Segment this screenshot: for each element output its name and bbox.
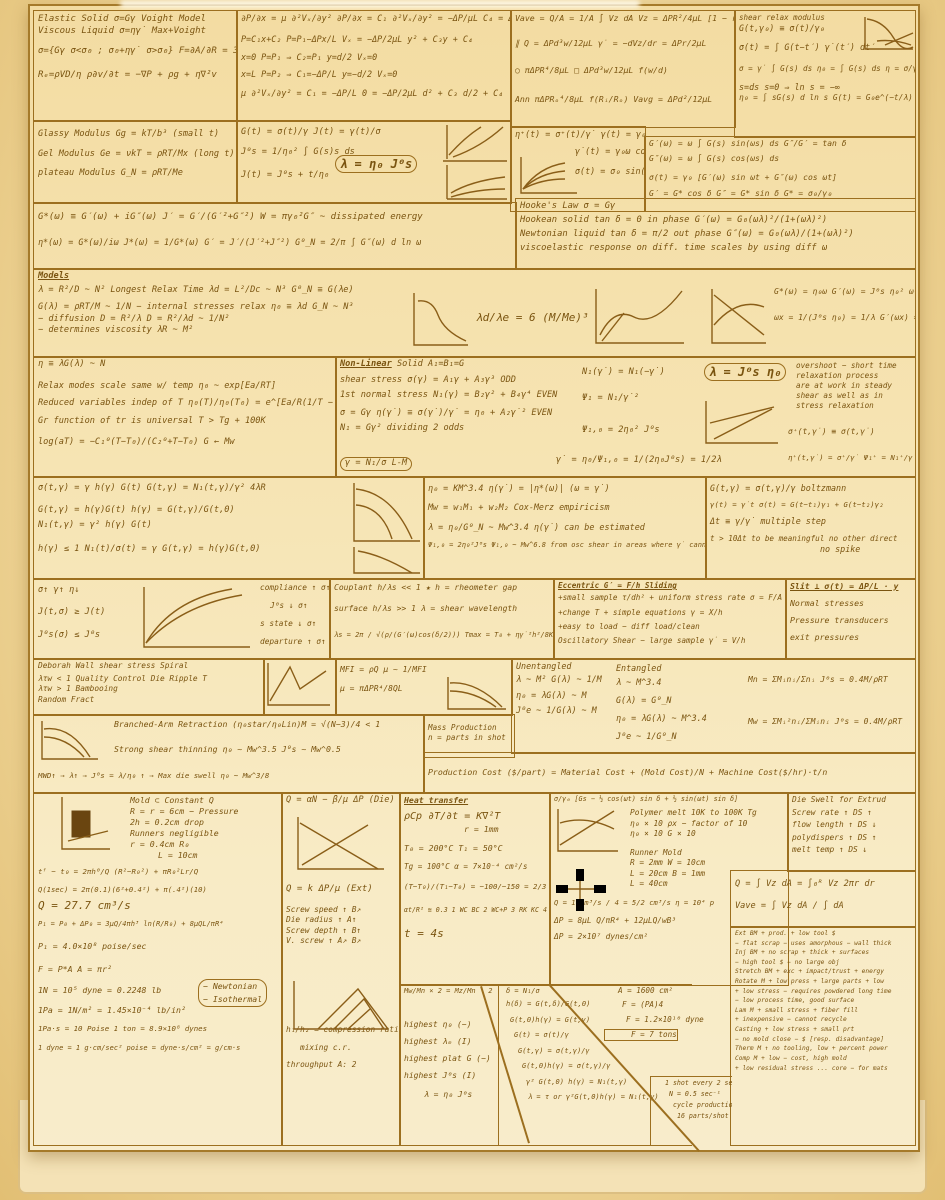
text-line: Newtonian liquid tan δ = π/2 out phase G… xyxy=(520,229,911,241)
text-line: J⁰e ~ 1/G(λ) ~ M xyxy=(516,705,911,716)
text-line: γ(t) = γ̇t σ(t) = G(t−t₁)γ₁ + G(t−t₂)γ₂ xyxy=(710,500,911,510)
compliance-sketch xyxy=(142,585,252,651)
text-line: N = 0.5 sec⁻¹ xyxy=(655,1090,728,1099)
text-line: Hooke's Law σ = Gγ xyxy=(520,201,911,213)
section-title: Models xyxy=(38,271,69,281)
text-line: Entangled xyxy=(616,663,661,674)
text-line: Mass Production xyxy=(428,723,510,733)
text-line: − Isothermal xyxy=(203,993,262,1006)
section-nonlinear-compliance: σ↑ γ↑ η↓ J(t,σ) ≥ J(t) J⁰s(σ) ≤ J⁰s comp… xyxy=(33,578,331,660)
text-line: η₀ = ∫ sG(s) d ln s G(t) = G₀e^(−t/λ) xyxy=(739,93,911,104)
text-line: Normal stresses xyxy=(790,598,911,609)
text-line: Mn = ΣMᵢnᵢ/Σnᵢ J⁰s = 0.4M/ρRT xyxy=(748,675,888,686)
text-line: Unentangled xyxy=(516,661,911,672)
text-line: viscoelastic response on diff. time scal… xyxy=(520,243,911,255)
log-shear-sketch xyxy=(556,807,620,857)
text-line: + low stress − requires powdered long ti… xyxy=(735,987,911,997)
text-line: σ/γ₀ [Gs − ½ cos(ωt) sin δ + ½ sin(ωt) s… xyxy=(554,795,784,804)
text-line: λ = η₀/G⁰_N ~ Mw^3.4 η(γ̇) can be estima… xyxy=(428,522,702,533)
text-line: Δt ≡ γ/γ̇ multiple step xyxy=(710,516,911,527)
text-line: γ̇ = η₀/Ψ₁,₀ = 1/(2η₀J⁰s) = 1/2λ xyxy=(556,455,722,467)
text-line: V. screw ↑ A↗ B↗ xyxy=(286,936,396,947)
section-slit-rheometer: Slit ⊥ σ(t) = ΔP/L · y Normal stresses P… xyxy=(785,578,916,660)
operating-point-sketch xyxy=(288,815,388,875)
text-line: throughput A: 2 xyxy=(286,1060,396,1071)
text-line: ○ πΔPR⁴/8μL □ ΔPd³w/12μL f(w/d) xyxy=(515,65,731,76)
text-line: − determines viscosity λR ~ M² xyxy=(38,325,911,337)
section-hookean-newtonian: Hooke's Law σ = Gγ Hookean solid tan δ =… xyxy=(515,198,916,270)
boxed-equation-lambda-j: λ = J⁰s η₀ xyxy=(704,363,786,381)
text-line: Inj BM + no scrap + thick + surfaces xyxy=(735,948,911,958)
text-line: η₀ = λG(λ) ~ M xyxy=(516,690,911,701)
text-line: Oscillatory Shear − large sample γ̇ = V/… xyxy=(558,636,782,646)
text-line: r = 1mm xyxy=(404,824,546,835)
text-line: λτw < 1 Quality Control Die Ripple T xyxy=(38,674,260,685)
text-line: Ψ₁,₀ = 2η₀² J⁰s xyxy=(582,425,660,437)
text-line: η⁺(t) = σ⁺(t)/γ̇ γ(t) = γ₀ sin(ωt) xyxy=(515,129,641,140)
section-reptation-models: Models λ = R²/D ~ N² Longest Relax Time … xyxy=(33,268,916,358)
text-line: t > 10Δt to be meaningful no other direc… xyxy=(710,534,911,544)
text-line: P₁ = 4.0×10⁸ poise/sec xyxy=(38,941,278,952)
section-complex-modulus: G*(ω) ≡ G′(ω) + iG″(ω) J′ = G′/(G′²+G″²)… xyxy=(33,202,517,270)
boxed-equation-lambda: λ = η₀ J⁰s xyxy=(335,155,417,173)
section-entanglement: Unentangled λ ~ M² G(λ) ~ 1/M η₀ = λG(λ)… xyxy=(511,658,916,754)
text-line: +change T + simple equations γ = X/h xyxy=(558,608,782,618)
crossover-sketch xyxy=(710,287,768,347)
text-line: − low process time, good surface xyxy=(735,996,911,1006)
section-extruder-operating: Q = αN − β/μ ΔP (Die) Q = k ΔP/μ (Ext) S… xyxy=(281,792,401,1146)
runner-layout-sketch xyxy=(554,867,614,913)
text-line: Screw speed ↑ B↗ xyxy=(286,905,396,916)
text-line: G(t,γ) = σ(t,γ)/γ boltzmann xyxy=(710,483,911,494)
text-line: Tg = 100°C α = 7×10⁻⁴ cm²/s xyxy=(404,862,546,872)
text-line: − Newtonian xyxy=(203,980,262,993)
text-line: G′(ω) = ω ∫ G(s) sin(ωs) ds G″/G′ = tan … xyxy=(649,139,911,150)
text-line: surface h/λs >> 1 λ = shear wavelength xyxy=(334,604,550,615)
text-line: F = 7 tons xyxy=(604,1029,678,1041)
text-line: n = parts in shot xyxy=(428,733,510,743)
text-line: exit pressures xyxy=(790,632,911,643)
text-line: tᶠ − t₀ = 2πh⁰/Q (R²−R₀²) + πR₀²Lr/Q xyxy=(38,867,278,877)
text-line: x=0 P=P₁ ⇒ C₂=P₁ y=d/2 Vₓ=0 xyxy=(241,52,507,63)
text-line: η⁺(t,γ̇) = σ⁺/γ̇ Ψ₁⁺ = N₁⁺/γ̇² xyxy=(788,453,916,463)
text-line: polydispers ↑ DS ↑ xyxy=(792,833,911,844)
text-line: J⁰s ↓ σ↑ xyxy=(270,601,308,612)
text-line: P₁ = P₀ + ΔP₀ = 3μQ/4πh³ ln(R/R₀) + 8μQL… xyxy=(38,920,278,929)
text-line: η ≡ λG(λ) ~ N xyxy=(38,359,332,371)
section-zero-shear-viscosity: η₀ = KM^3.4 η(γ̇) = |η*(ω)| (ω = γ̇) Mw … xyxy=(423,476,707,580)
text-line: Ψ₁,₀ = 2η₀²J⁰s Ψ₁,₀ ~ Mw^6.8 from osc sh… xyxy=(428,541,702,550)
section-title: Heat transfer xyxy=(404,795,546,806)
section-melt-flow-index: MFI = ρQ μ ~ 1/MFI μ = πΔPR⁴/8QL xyxy=(335,658,513,716)
text-line: Hookean solid tan δ = 0 in phase G′(ω) =… xyxy=(520,215,911,227)
pvt-window-sketch xyxy=(38,795,112,855)
text-line: Random Fract xyxy=(38,695,260,706)
text-line: melt temp ↑ DS ↓ xyxy=(792,845,911,856)
text-line: + low residual stress ... core − for mat… xyxy=(735,1064,911,1074)
text-line: T₀ = 200°C T₁ = 50°C xyxy=(404,843,546,854)
text-line: F = (PA)4 xyxy=(604,1000,728,1010)
reptation-ratio: λd/λe = 6 (M/Me)³ xyxy=(476,311,589,326)
section-production-cost: Production Cost ($/part) = Material Cost… xyxy=(423,752,916,794)
text-line: η₀ = KM^3.4 η(γ̇) = |η*(ω)| (ω = γ̇) xyxy=(428,483,702,494)
section-injection-mold-calc: Mold ⊂ Constant Q R = r = 6cm − Pressure… xyxy=(33,792,283,1146)
section-pressure-flow: ∂P/∂x = μ ∂²Vₓ/∂y² ∂P/∂x = C₁ ∂²Vₓ/∂y² =… xyxy=(236,10,512,122)
text-line: departure ↑ σ↑ xyxy=(260,637,326,648)
text-line: cycle production xyxy=(655,1101,728,1110)
text-line: ωx = 1/(J⁰s η₀) = 1/λ G′(ωx) = 1/J⁰s xyxy=(774,313,916,324)
section-melt-fracture-sketch xyxy=(263,658,337,716)
section-molding-processes: Ext BM + prod. + low tool $ − flat scrap… xyxy=(730,926,916,1146)
stick-slip-sketch xyxy=(266,661,332,711)
text-line: Deborah Wall shear stress Spiral xyxy=(38,661,260,672)
text-line: Lam M + small stress + fiber fill xyxy=(735,1006,911,1016)
text-line: Relax modes scale same w/ temp η₀ ~ exp[… xyxy=(38,381,332,393)
text-line: Solid A₁=B₁=G xyxy=(397,359,464,369)
text-line: shear as well as in xyxy=(796,391,883,401)
text-line: G(λ) = G⁰_N xyxy=(616,695,671,706)
text-line: relaxation process xyxy=(796,371,878,381)
text-line: Rotate M + low press + large parts + low xyxy=(735,977,911,987)
text-line: − high tool $ − no large obj xyxy=(735,958,911,968)
section-heat-transfer: Heat transfer ρCp ∂T/∂t = K∇²T r = 1mm T… xyxy=(399,792,551,986)
text-line: Couplant h/λs << 1 ★ h = rheometer gap xyxy=(334,583,550,594)
section-boltzmann-superposition: G(t,γ) = σ(t,γ)/γ boltzmann γ(t) = γ̇t σ… xyxy=(705,476,916,580)
text-line: Q = ∫ Vz dA = ∫₀ᴿ Vz 2πr dr xyxy=(735,879,911,891)
text-line: F = 1.2×10¹⁰ dyne xyxy=(604,1015,728,1025)
relax-modulus-sketch xyxy=(863,15,915,53)
text-line: plateau Modulus G_N = ρRT/Me xyxy=(38,168,233,180)
section-branched-polymers: Branched-Arm Retraction (η₀star/η₀Lin)M … xyxy=(33,714,425,794)
text-line: t = 4s xyxy=(404,927,546,942)
text-line: Vave = Q/A = 1/A ∫ Vz dA Vz = ΔPR²/4μL [… xyxy=(515,13,731,24)
section-constitutive-models: Elastic Solid σ=Gγ Voight Model Viscous … xyxy=(33,10,238,122)
section-title: Eccentric G′ = F/h Sliding xyxy=(558,581,782,591)
text-line: Elastic Solid σ=Gγ Voight Model xyxy=(38,13,233,25)
text-line: σ⁺(t,γ̇) ≡ σ(t,γ̇) xyxy=(788,427,875,438)
text-line: Mw = ΣMᵢ²nᵢ/ΣMᵢnᵢ J⁰s = 0.4M/ρRT xyxy=(748,717,902,728)
section-non-linear: Non-Linear Solid A₁=B₁=G shear stress σ(… xyxy=(335,356,916,478)
damping-h-sketch xyxy=(352,481,422,577)
text-line: log(aT) = −C₁⁰(T−T₀)/(C₂⁰+T−T₀) G ← Mw xyxy=(38,437,332,449)
text-line: G*(ω) = η₀ω G′(ω) = J⁰s η₀² ω² xyxy=(774,287,916,298)
section-title: Die Swell for Extrud xyxy=(792,795,911,806)
section-shot-cycle: 1 shot every 2 sec N = 0.5 sec⁻¹ cycle p… xyxy=(650,1076,732,1146)
text-line: Casting + low stress + small prt xyxy=(735,1025,911,1035)
text-line: 1Pa·s = 10 Poise 1 ton = 8.9×10⁸ dynes xyxy=(38,1024,278,1034)
text-line: Reduced variables indep of T η₀(T)/η₀(T₀… xyxy=(38,398,332,410)
text-line: 1 dyne = 1 g·cm/sec² poise = dyne·s/cm² … xyxy=(38,1044,278,1053)
text-line: MWD↑ ⇒ λ↑ ⇒ J⁰s = λ/η₀ ↑ ⇒ Max die swell… xyxy=(38,771,420,781)
text-line: σ(t) = γ₀ [G′(ω) sin ωt + G″(ω) cos ωt] xyxy=(649,173,911,184)
text-line: ∂P/∂x = μ ∂²Vₓ/∂y² ∂P/∂x = C₁ ∂²Vₓ/∂y² =… xyxy=(241,13,507,24)
text-line: λ ~ M^3.4 xyxy=(616,677,661,688)
boxed-assumptions: − Newtonian − Isothermal xyxy=(198,979,267,1007)
text-line: ∥ Q = ΔPd³w/12μL γ̇ = −dVz/dr = ΔPr/2μL xyxy=(515,38,731,49)
section-molecular-weight-effects: Mw/Mn × 2 = Mz/Mn · 2 highest η₀ (−) hig… xyxy=(399,984,499,1146)
text-line: σ={Gγ σ<σ₀ ; σ₀+ηγ̇ σ>σ₀} F=∂A/∂R = 3kTR… xyxy=(38,45,233,57)
text-line: Comp M + low − cost, high mold xyxy=(735,1054,911,1064)
viscosity-curve-sketch xyxy=(446,675,508,713)
text-line: A = 1600 cm² xyxy=(604,986,728,996)
section-moduli-definitions: Glassy Modulus Gg = kT/b³ (small t) Gel … xyxy=(33,120,238,204)
text-line: s state ↓ σ↑ xyxy=(260,619,316,630)
text-line: μ ∂²Vₓ/∂y² = C₁ = −ΔP/L 0 = −ΔP/2μL d² +… xyxy=(241,88,507,99)
text-line: Mw = w₁M₁ + w₂M₂ Cox-Merz empiricism xyxy=(428,502,702,513)
text-line: N₁(γ̇) = N₁(−γ̇) xyxy=(582,367,665,379)
normal-stress-sketch xyxy=(704,399,780,449)
text-line: αt/R² ≅ 0.3 1 WC BC 2 WC+P 3 RK KC 4 DC xyxy=(404,906,546,915)
text-line: ρCp ∂T/∂t = K∇²T xyxy=(404,810,546,824)
text-line: Pressure transducers xyxy=(790,615,911,626)
production-cost-formula: Production Cost ($/part) = Material Cost… xyxy=(428,767,911,778)
text-line: Screw depth ↑ B↑ xyxy=(286,926,396,937)
section-damping-function: σ(t,γ) = γ h(γ) G(t) G(t,γ) = N₁(t,γ)/γ²… xyxy=(33,476,425,580)
text-line: Rₑ=ρVD/η ρ∂v/∂t = −∇P + ρg + η∇²v xyxy=(38,69,233,81)
text-line: Viscous Liquid σ=ηγ̇ Max+Voight xyxy=(38,25,233,37)
text-line: Glassy Modulus Gg = kT/b³ (small t) xyxy=(38,129,233,141)
creep-sketch xyxy=(441,123,509,201)
text-line: G″(ω) = ω ∫ G(s) cos(ωs) ds xyxy=(649,154,911,165)
section-title: Non-Linear xyxy=(340,359,392,369)
text-line: Ψ₁ = N₁/γ̇² xyxy=(582,393,639,405)
text-line: Q(1sec) = 2π(0.1)(6²+0.4²) + π(.4²)(10) xyxy=(38,885,278,895)
section-couette-gap: Couplant h/λs << 1 ★ h = rheometer gap s… xyxy=(329,578,555,660)
text-line: are at work in steady xyxy=(796,381,892,391)
plateau-sketch xyxy=(412,291,470,347)
text-line: η₀ = λG(λ) ~ M^3.4 xyxy=(616,713,707,724)
text-line: Ext BM + prod. + low tool $ xyxy=(735,929,911,939)
text-line: Q = αN − β/μ ΔP (Die) xyxy=(286,795,396,807)
text-line: Die radius ↑ A↑ xyxy=(286,915,396,926)
section-average-velocity: Q = ∫ Vz dA = ∫₀ᴿ Vz 2πr dr Vave = ∫ Vz … xyxy=(730,870,916,928)
text-line: σ = γ̇ ∫ G(s) ds η₀ = ∫ G(s) ds η = σ/γ̇ xyxy=(739,64,911,74)
section-shear-relax-modulus: shear relax modulus G(t,γ₀) ≡ σ(t)/γ₀ σ(… xyxy=(734,10,916,138)
text-line: compliance ↑ σ↑ xyxy=(260,583,330,594)
text-line: Gel Modulus Ge = νkT = ρRT/Mx (long t) xyxy=(38,149,233,161)
section-creep-compliance: G(t) = σ(t)/γ J(t) = γ(t)/σ J⁰s = 1/η₀² … xyxy=(236,120,512,204)
text-line: Q = 27.7 cm³/s xyxy=(38,899,278,914)
text-line: λs = 2π / √(ρ/(G′(ω)cos(δ/2))) Tmax = T₀… xyxy=(334,631,550,640)
text-line: Therm M ↑ no tooling, low + percent powe… xyxy=(735,1044,911,1054)
boxed-lodge-meissner: γ = N₁/σ L-M xyxy=(340,457,412,471)
section-die-swell: Die Swell for Extrud Screw rate ↑ DS ↑ f… xyxy=(787,792,916,872)
text-line: J⁰e ~ 1/G⁰_N xyxy=(616,731,677,742)
text-line: η*(ω) = G*(ω)/iω J*(ω) = 1/G*(ω) G′ = J′… xyxy=(38,237,512,248)
branched-viscosity-sketch xyxy=(40,719,100,763)
text-line: F = P*A A = πr² xyxy=(38,964,278,975)
text-line: flow length ↑ DS ↓ xyxy=(792,820,911,831)
text-line: Gr function of tr is universal T > Tg + … xyxy=(38,416,332,428)
text-line: no spike xyxy=(710,544,911,555)
section-title: Slit ⊥ σ(t) = ΔP/L · y xyxy=(790,581,911,592)
text-line: G*(ω) ≡ G′(ω) + iG″(ω) J′ = G′/(G′²+G″²)… xyxy=(38,211,512,223)
screw-feed-sketch xyxy=(288,979,392,1039)
section-injection-force: A = 1600 cm² F = (PA)4 F = 1.2×10¹⁰ dyne… xyxy=(600,984,732,1084)
text-line: 16 parts/shot xyxy=(655,1112,728,1121)
text-line: (T−T₀)/(T₁−T₀) = −100/−150 = 2/3 xyxy=(404,882,546,892)
stress-growth-sketch xyxy=(519,155,579,197)
text-line: Ann πΔPRₒ⁴/8μL f(Rᵢ/Rₒ) Vavg = ΔPd²/12μL xyxy=(515,94,731,105)
text-line: mixing c.r. xyxy=(286,1043,396,1054)
text-line: highest J⁰s (I) xyxy=(404,1071,494,1082)
light-glare xyxy=(120,0,640,8)
text-line: +easy to load − diff load/clean xyxy=(558,622,782,632)
text-line: λ = η₀ J⁰s xyxy=(404,1090,494,1101)
section-eccentric-sliding: Eccentric G′ = F/h Sliding +small sample… xyxy=(553,578,787,660)
section-temperature-dependence: η ≡ λG(λ) ~ N Relax modes scale same w/ … xyxy=(33,356,337,478)
text-line: highest plat G (−) xyxy=(404,1054,494,1065)
text-line: highest η₀ (−) xyxy=(404,1020,494,1031)
text-line: − flat scrap − uses amorphous − wall thi… xyxy=(735,939,911,949)
text-line: Screw rate ↑ DS ↑ xyxy=(792,808,911,819)
text-line: Q = k ΔP/μ (Ext) xyxy=(286,883,396,895)
dynamic-modulus-logw-sketch xyxy=(594,287,686,347)
text-line: highest λₘ (I) xyxy=(404,1037,494,1048)
text-line: Stretch BM + exc + impact/trust + energy xyxy=(735,967,911,977)
text-line: Vave = ∫ Vz dA / ∫ dA xyxy=(735,901,911,913)
section-deborah-defects: Deborah Wall shear stress Spiral λτw < 1… xyxy=(33,658,265,716)
text-line: x=L P=P₂ ⇒ C₁=−ΔP/L y=−d/2 Vₓ=0 xyxy=(241,69,507,80)
text-line: +small sample τ/dh² + uniform stress rat… xyxy=(558,593,782,603)
section-flow-geometry: Vave = Q/A = 1/A ∫ Vz dA Vz = ΔPR²/4μL [… xyxy=(510,10,736,128)
text-line: s=ds s=0 ⇒ ln s = −∞ xyxy=(739,82,911,93)
text-line: λτw > 1 Bambooing xyxy=(38,684,260,695)
text-line: stress relaxation xyxy=(796,401,874,411)
text-line: − no mold close − $ [resp. disadvantage] xyxy=(735,1035,911,1045)
text-line: overshoot − short time xyxy=(796,361,897,371)
text-line: P=C₁x+C₂ P=P₁−ΔPx/L Vₓ = −ΔP/2μL y² + C₃… xyxy=(241,34,507,45)
text-line: + inexpensive − cannot recycle xyxy=(735,1015,911,1025)
text-line: 1 shot every 2 sec xyxy=(655,1079,728,1088)
